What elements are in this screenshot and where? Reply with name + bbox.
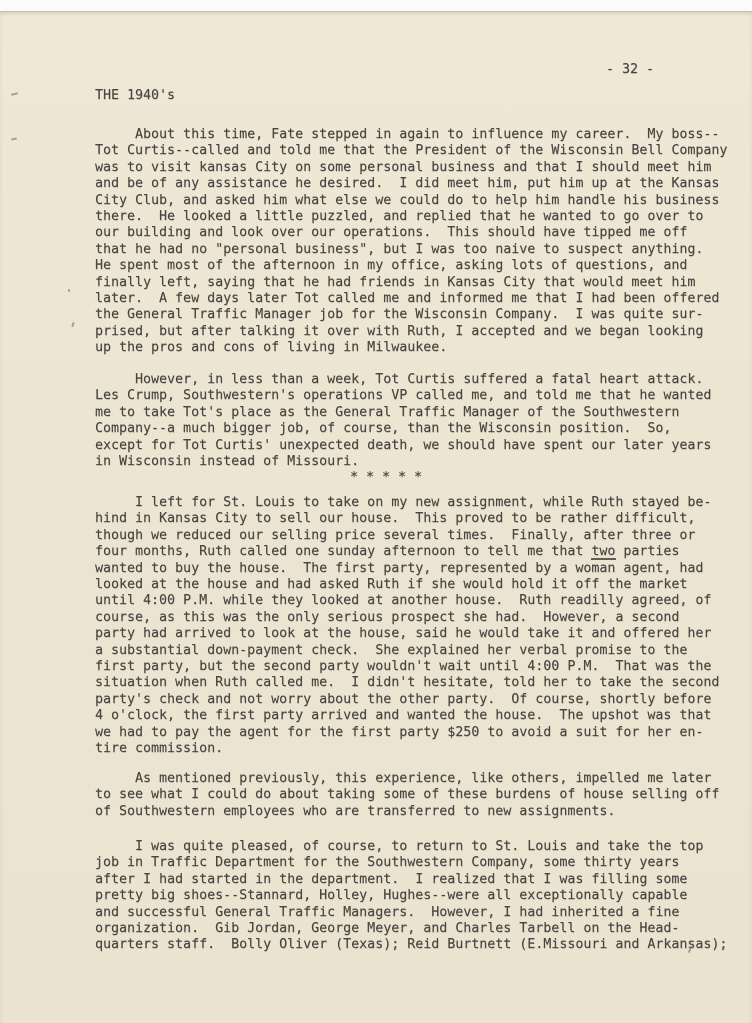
page-number: - 32 - (606, 62, 654, 78)
underline-two-emphasis (591, 558, 616, 560)
paragraph-house-sale: I left for St. Louis to take on my new a… (95, 495, 719, 758)
paragraph-return-to-st-louis: I was quite pleased, of course, to retur… (95, 839, 727, 954)
section-separator-asterisks: * * * * * (350, 470, 422, 486)
page-title: THE 1940's (95, 88, 175, 104)
scan-speck (68, 289, 70, 292)
scan-top-edge (0, 0, 752, 12)
paragraph-tot-curtis-death: However, in less than a week, Tot Curtis… (95, 372, 711, 470)
scanned-document-page: - 32 - THE 1940's About this time, Fate … (0, 0, 752, 1023)
paragraph-house-selling-burdens: As mentioned previously, this experience… (95, 771, 719, 820)
paragraph-wisconsin-offer: About this time, Fate stepped in again t… (95, 127, 727, 357)
